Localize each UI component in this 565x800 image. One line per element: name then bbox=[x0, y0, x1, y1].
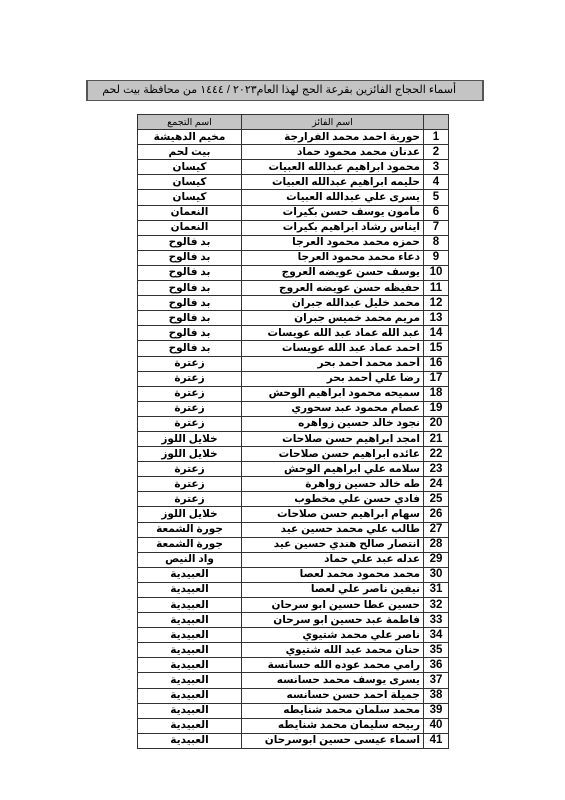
row-number: 26 bbox=[424, 507, 449, 522]
community-name: بد فالوح bbox=[138, 250, 242, 265]
table-row: 4حليمه ابراهيم عبدالله العبياتكيسان bbox=[138, 175, 449, 190]
winner-name: مريم محمد خميس جبران bbox=[242, 311, 424, 326]
winner-name: رضا علي أحمد بحر bbox=[242, 371, 424, 386]
community-name: العبيدية bbox=[138, 688, 242, 703]
community-name: العبيدية bbox=[138, 582, 242, 597]
row-number: 3 bbox=[424, 160, 449, 175]
winner-name: سميحه محمود ابراهيم الوحش bbox=[242, 386, 424, 401]
winner-name: ناصر علي محمد شتيوي bbox=[242, 628, 424, 643]
community-name: النعمان bbox=[138, 220, 242, 235]
winner-name: احمد عماد عبد الله عويسات bbox=[242, 341, 424, 356]
table-row: 37يسرى يوسف محمد حسانسهالعبيدية bbox=[138, 673, 449, 688]
community-name: بد فالوح bbox=[138, 326, 242, 341]
row-number: 21 bbox=[424, 431, 449, 446]
community-name: خلايل اللوز bbox=[138, 507, 242, 522]
winner-name: حمزه محمد محمود العرجا bbox=[242, 235, 424, 250]
header-number bbox=[424, 115, 449, 130]
document-title: أسماء الحجاج الفائزين بقرعة الحج لهذا ال… bbox=[86, 80, 484, 101]
row-number: 36 bbox=[424, 658, 449, 673]
row-number: 4 bbox=[424, 175, 449, 190]
winner-name: ايناس رشاد ابراهيم بكيرات bbox=[242, 220, 424, 235]
winner-name: فاطمة عبد حسين ابو سرحان bbox=[242, 613, 424, 628]
winner-name: يسرى علي عبدالله العبيات bbox=[242, 190, 424, 205]
community-name: زعترة bbox=[138, 356, 242, 371]
winner-name: فادي حسن علي مخطوب bbox=[242, 492, 424, 507]
winner-name: يسرى يوسف محمد حسانسه bbox=[242, 673, 424, 688]
table-row: 8حمزه محمد محمود العرجابد فالوح bbox=[138, 235, 449, 250]
community-name: بيت لحم bbox=[138, 145, 242, 160]
community-name: زعترة bbox=[138, 401, 242, 416]
winner-name: طالب علي محمد حسين عيد bbox=[242, 522, 424, 537]
header-community-name: اسم التجمع bbox=[138, 115, 242, 130]
community-name: العبيدية bbox=[138, 628, 242, 643]
row-number: 10 bbox=[424, 265, 449, 280]
winner-name: نيفين ناصر علي لعصا bbox=[242, 582, 424, 597]
row-number: 29 bbox=[424, 552, 449, 567]
table-row: 19عصام محمود عبد سحوريزعترة bbox=[138, 401, 449, 416]
row-number: 41 bbox=[424, 733, 449, 748]
row-number: 13 bbox=[424, 311, 449, 326]
winner-name: عدنان محمد محمود حماد bbox=[242, 145, 424, 160]
community-name: العبيدية bbox=[138, 703, 242, 718]
winner-name: محمود ابراهيم عبدالله العبيات bbox=[242, 160, 424, 175]
row-number: 8 bbox=[424, 235, 449, 250]
winners-table-container: اسم الفائز اسم التجمع 1حورية احمد محمد ا… bbox=[137, 114, 448, 749]
row-number: 19 bbox=[424, 401, 449, 416]
table-row: 13مريم محمد خميس جبرانبد فالوح bbox=[138, 311, 449, 326]
row-number: 25 bbox=[424, 492, 449, 507]
row-number: 28 bbox=[424, 537, 449, 552]
winner-name: نجود خالد حسين زواهره bbox=[242, 416, 424, 431]
row-number: 16 bbox=[424, 356, 449, 371]
winner-name: حنان محمد عبد الله شتيوي bbox=[242, 643, 424, 658]
winner-name: سهام ابراهيم حسن صلاحات bbox=[242, 507, 424, 522]
row-number: 7 bbox=[424, 220, 449, 235]
table-header-row: اسم الفائز اسم التجمع bbox=[138, 115, 449, 130]
winner-name: رامي محمد عوده الله حسانسة bbox=[242, 658, 424, 673]
winner-name: سلامه علي ابراهيم الوحش bbox=[242, 462, 424, 477]
community-name: كيسان bbox=[138, 160, 242, 175]
table-row: 36رامي محمد عوده الله حسانسةالعبيدية bbox=[138, 658, 449, 673]
row-number: 12 bbox=[424, 296, 449, 311]
winner-name: عبد الله عماد عبد الله عويسات bbox=[242, 326, 424, 341]
table-row: 27طالب علي محمد حسين عيدجورة الشمعة bbox=[138, 522, 449, 537]
winner-name: عصام محمود عبد سحوري bbox=[242, 401, 424, 416]
table-row: 32حسين عطا حسين ابو سرحانالعبيدية bbox=[138, 598, 449, 613]
table-row: 20نجود خالد حسين زواهرهزعترة bbox=[138, 416, 449, 431]
winner-name: حسين عطا حسين ابو سرحان bbox=[242, 598, 424, 613]
table-row: 12محمد خليل عبدالله جبرانبد فالوح bbox=[138, 296, 449, 311]
community-name: زعترة bbox=[138, 416, 242, 431]
table-row: 5يسرى علي عبدالله العبياتكيسان bbox=[138, 190, 449, 205]
row-number: 18 bbox=[424, 386, 449, 401]
table-row: 9دعاء محمد محمود العرجابد فالوح bbox=[138, 250, 449, 265]
winner-name: حفيظه حسن عويضه العروج bbox=[242, 281, 424, 296]
community-name: العبيدية bbox=[138, 733, 242, 748]
table-row: 34ناصر علي محمد شتيويالعبيدية bbox=[138, 628, 449, 643]
table-row: 31نيفين ناصر علي لعصاالعبيدية bbox=[138, 582, 449, 597]
community-name: بد فالوح bbox=[138, 235, 242, 250]
winner-name: دعاء محمد محمود العرجا bbox=[242, 250, 424, 265]
row-number: 35 bbox=[424, 643, 449, 658]
table-row: 6مأمون يوسف حسن بكيراتالنعمان bbox=[138, 205, 449, 220]
table-row: 2عدنان محمد محمود حمادبيت لحم bbox=[138, 145, 449, 160]
row-number: 2 bbox=[424, 145, 449, 160]
row-number: 20 bbox=[424, 416, 449, 431]
winner-name: محمد خليل عبدالله جبران bbox=[242, 296, 424, 311]
table-row: 14عبد الله عماد عبد الله عويساتبد فالوح bbox=[138, 326, 449, 341]
row-number: 5 bbox=[424, 190, 449, 205]
table-row: 35حنان محمد عبد الله شتيويالعبيدية bbox=[138, 643, 449, 658]
community-name: كيسان bbox=[138, 190, 242, 205]
table-row: 38جميلة احمد حسن حسانسهالعبيدية bbox=[138, 688, 449, 703]
table-row: 21امجد ابراهيم حسن صلاحاتخلايل اللوز bbox=[138, 431, 449, 446]
table-row: 39محمد سلمان محمد شنايطهالعبيدية bbox=[138, 703, 449, 718]
table-row: 25فادي حسن علي مخطوبزعترة bbox=[138, 492, 449, 507]
table-row: 18سميحه محمود ابراهيم الوحشزعترة bbox=[138, 386, 449, 401]
community-name: مخيم الدهيشة bbox=[138, 130, 242, 145]
table-row: 1حورية احمد محمد الفرارجةمخيم الدهيشة bbox=[138, 130, 449, 145]
table-row: 41اسماء عيسى حسين ابوسرحانالعبيدية bbox=[138, 733, 449, 748]
community-name: زعترة bbox=[138, 462, 242, 477]
winners-table: اسم الفائز اسم التجمع 1حورية احمد محمد ا… bbox=[137, 114, 449, 749]
community-name: زعترة bbox=[138, 386, 242, 401]
row-number: 40 bbox=[424, 718, 449, 733]
table-row: 33فاطمة عبد حسين ابو سرحانالعبيدية bbox=[138, 613, 449, 628]
table-row: 15احمد عماد عبد الله عويساتبد فالوح bbox=[138, 341, 449, 356]
table-row: 22عائده ابراهيم حسن صلاحاتخلايل اللوز bbox=[138, 447, 449, 462]
community-name: زعترة bbox=[138, 477, 242, 492]
community-name: كيسان bbox=[138, 175, 242, 190]
community-name: بد فالوح bbox=[138, 311, 242, 326]
community-name: خلايل اللوز bbox=[138, 447, 242, 462]
community-name: واد النيص bbox=[138, 552, 242, 567]
row-number: 15 bbox=[424, 341, 449, 356]
table-row: 10يوسف حسن عويضه العروجبد فالوح bbox=[138, 265, 449, 280]
row-number: 34 bbox=[424, 628, 449, 643]
table-row: 11حفيظه حسن عويضه العروجبد فالوح bbox=[138, 281, 449, 296]
row-number: 22 bbox=[424, 447, 449, 462]
table-row: 30محمد محمود محمد لعصاالعبيدية bbox=[138, 567, 449, 582]
row-number: 39 bbox=[424, 703, 449, 718]
table-row: 29عدله عبد علي حمادواد النيص bbox=[138, 552, 449, 567]
community-name: العبيدية bbox=[138, 658, 242, 673]
community-name: زعترة bbox=[138, 371, 242, 386]
row-number: 27 bbox=[424, 522, 449, 537]
community-name: خلايل اللوز bbox=[138, 431, 242, 446]
table-row: 7ايناس رشاد ابراهيم بكيراتالنعمان bbox=[138, 220, 449, 235]
winner-name: محمد سلمان محمد شنايطه bbox=[242, 703, 424, 718]
winner-name: امجد ابراهيم حسن صلاحات bbox=[242, 431, 424, 446]
winner-name: اسماء عيسى حسين ابوسرحان bbox=[242, 733, 424, 748]
table-body: 1حورية احمد محمد الفرارجةمخيم الدهيشة2عد… bbox=[138, 130, 449, 749]
row-number: 6 bbox=[424, 205, 449, 220]
row-number: 37 bbox=[424, 673, 449, 688]
row-number: 30 bbox=[424, 567, 449, 582]
row-number: 1 bbox=[424, 130, 449, 145]
table-row: 26سهام ابراهيم حسن صلاحاتخلايل اللوز bbox=[138, 507, 449, 522]
row-number: 17 bbox=[424, 371, 449, 386]
winner-name: أحمد محمد أحمد بحر bbox=[242, 356, 424, 371]
row-number: 33 bbox=[424, 613, 449, 628]
table-row: 17رضا علي أحمد بحرزعترة bbox=[138, 371, 449, 386]
row-number: 24 bbox=[424, 477, 449, 492]
table-row: 24طه خالد حسين زواهرةزعترة bbox=[138, 477, 449, 492]
table-row: 3محمود ابراهيم عبدالله العبياتكيسان bbox=[138, 160, 449, 175]
winner-name: ربيحه سليمان محمد شنايطه bbox=[242, 718, 424, 733]
row-number: 23 bbox=[424, 462, 449, 477]
community-name: العبيدية bbox=[138, 673, 242, 688]
header-winner-name: اسم الفائز bbox=[242, 115, 424, 130]
community-name: بد فالوح bbox=[138, 296, 242, 311]
winner-name: يوسف حسن عويضه العروج bbox=[242, 265, 424, 280]
row-number: 32 bbox=[424, 598, 449, 613]
community-name: زعترة bbox=[138, 492, 242, 507]
winner-name: حليمه ابراهيم عبدالله العبيات bbox=[242, 175, 424, 190]
winner-name: عدله عبد علي حماد bbox=[242, 552, 424, 567]
row-number: 14 bbox=[424, 326, 449, 341]
winner-name: طه خالد حسين زواهرة bbox=[242, 477, 424, 492]
community-name: بد فالوح bbox=[138, 265, 242, 280]
row-number: 9 bbox=[424, 250, 449, 265]
community-name: جورة الشمعة bbox=[138, 537, 242, 552]
community-name: العبيدية bbox=[138, 567, 242, 582]
winner-name: انتصار صالح هندي حسين عيد bbox=[242, 537, 424, 552]
community-name: العبيدية bbox=[138, 718, 242, 733]
community-name: بد فالوح bbox=[138, 281, 242, 296]
community-name: العبيدية bbox=[138, 598, 242, 613]
row-number: 31 bbox=[424, 582, 449, 597]
community-name: جورة الشمعة bbox=[138, 522, 242, 537]
winner-name: عائده ابراهيم حسن صلاحات bbox=[242, 447, 424, 462]
winner-name: مأمون يوسف حسن بكيرات bbox=[242, 205, 424, 220]
community-name: العبيدية bbox=[138, 643, 242, 658]
winner-name: حورية احمد محمد الفرارجة bbox=[242, 130, 424, 145]
table-row: 23سلامه علي ابراهيم الوحشزعترة bbox=[138, 462, 449, 477]
table-row: 40ربيحه سليمان محمد شنايطهالعبيدية bbox=[138, 718, 449, 733]
row-number: 11 bbox=[424, 281, 449, 296]
community-name: النعمان bbox=[138, 205, 242, 220]
row-number: 38 bbox=[424, 688, 449, 703]
community-name: العبيدية bbox=[138, 613, 242, 628]
table-row: 28انتصار صالح هندي حسين عيدجورة الشمعة bbox=[138, 537, 449, 552]
winner-name: محمد محمود محمد لعصا bbox=[242, 567, 424, 582]
winner-name: جميلة احمد حسن حسانسه bbox=[242, 688, 424, 703]
table-row: 16أحمد محمد أحمد بحرزعترة bbox=[138, 356, 449, 371]
community-name: بد فالوح bbox=[138, 341, 242, 356]
